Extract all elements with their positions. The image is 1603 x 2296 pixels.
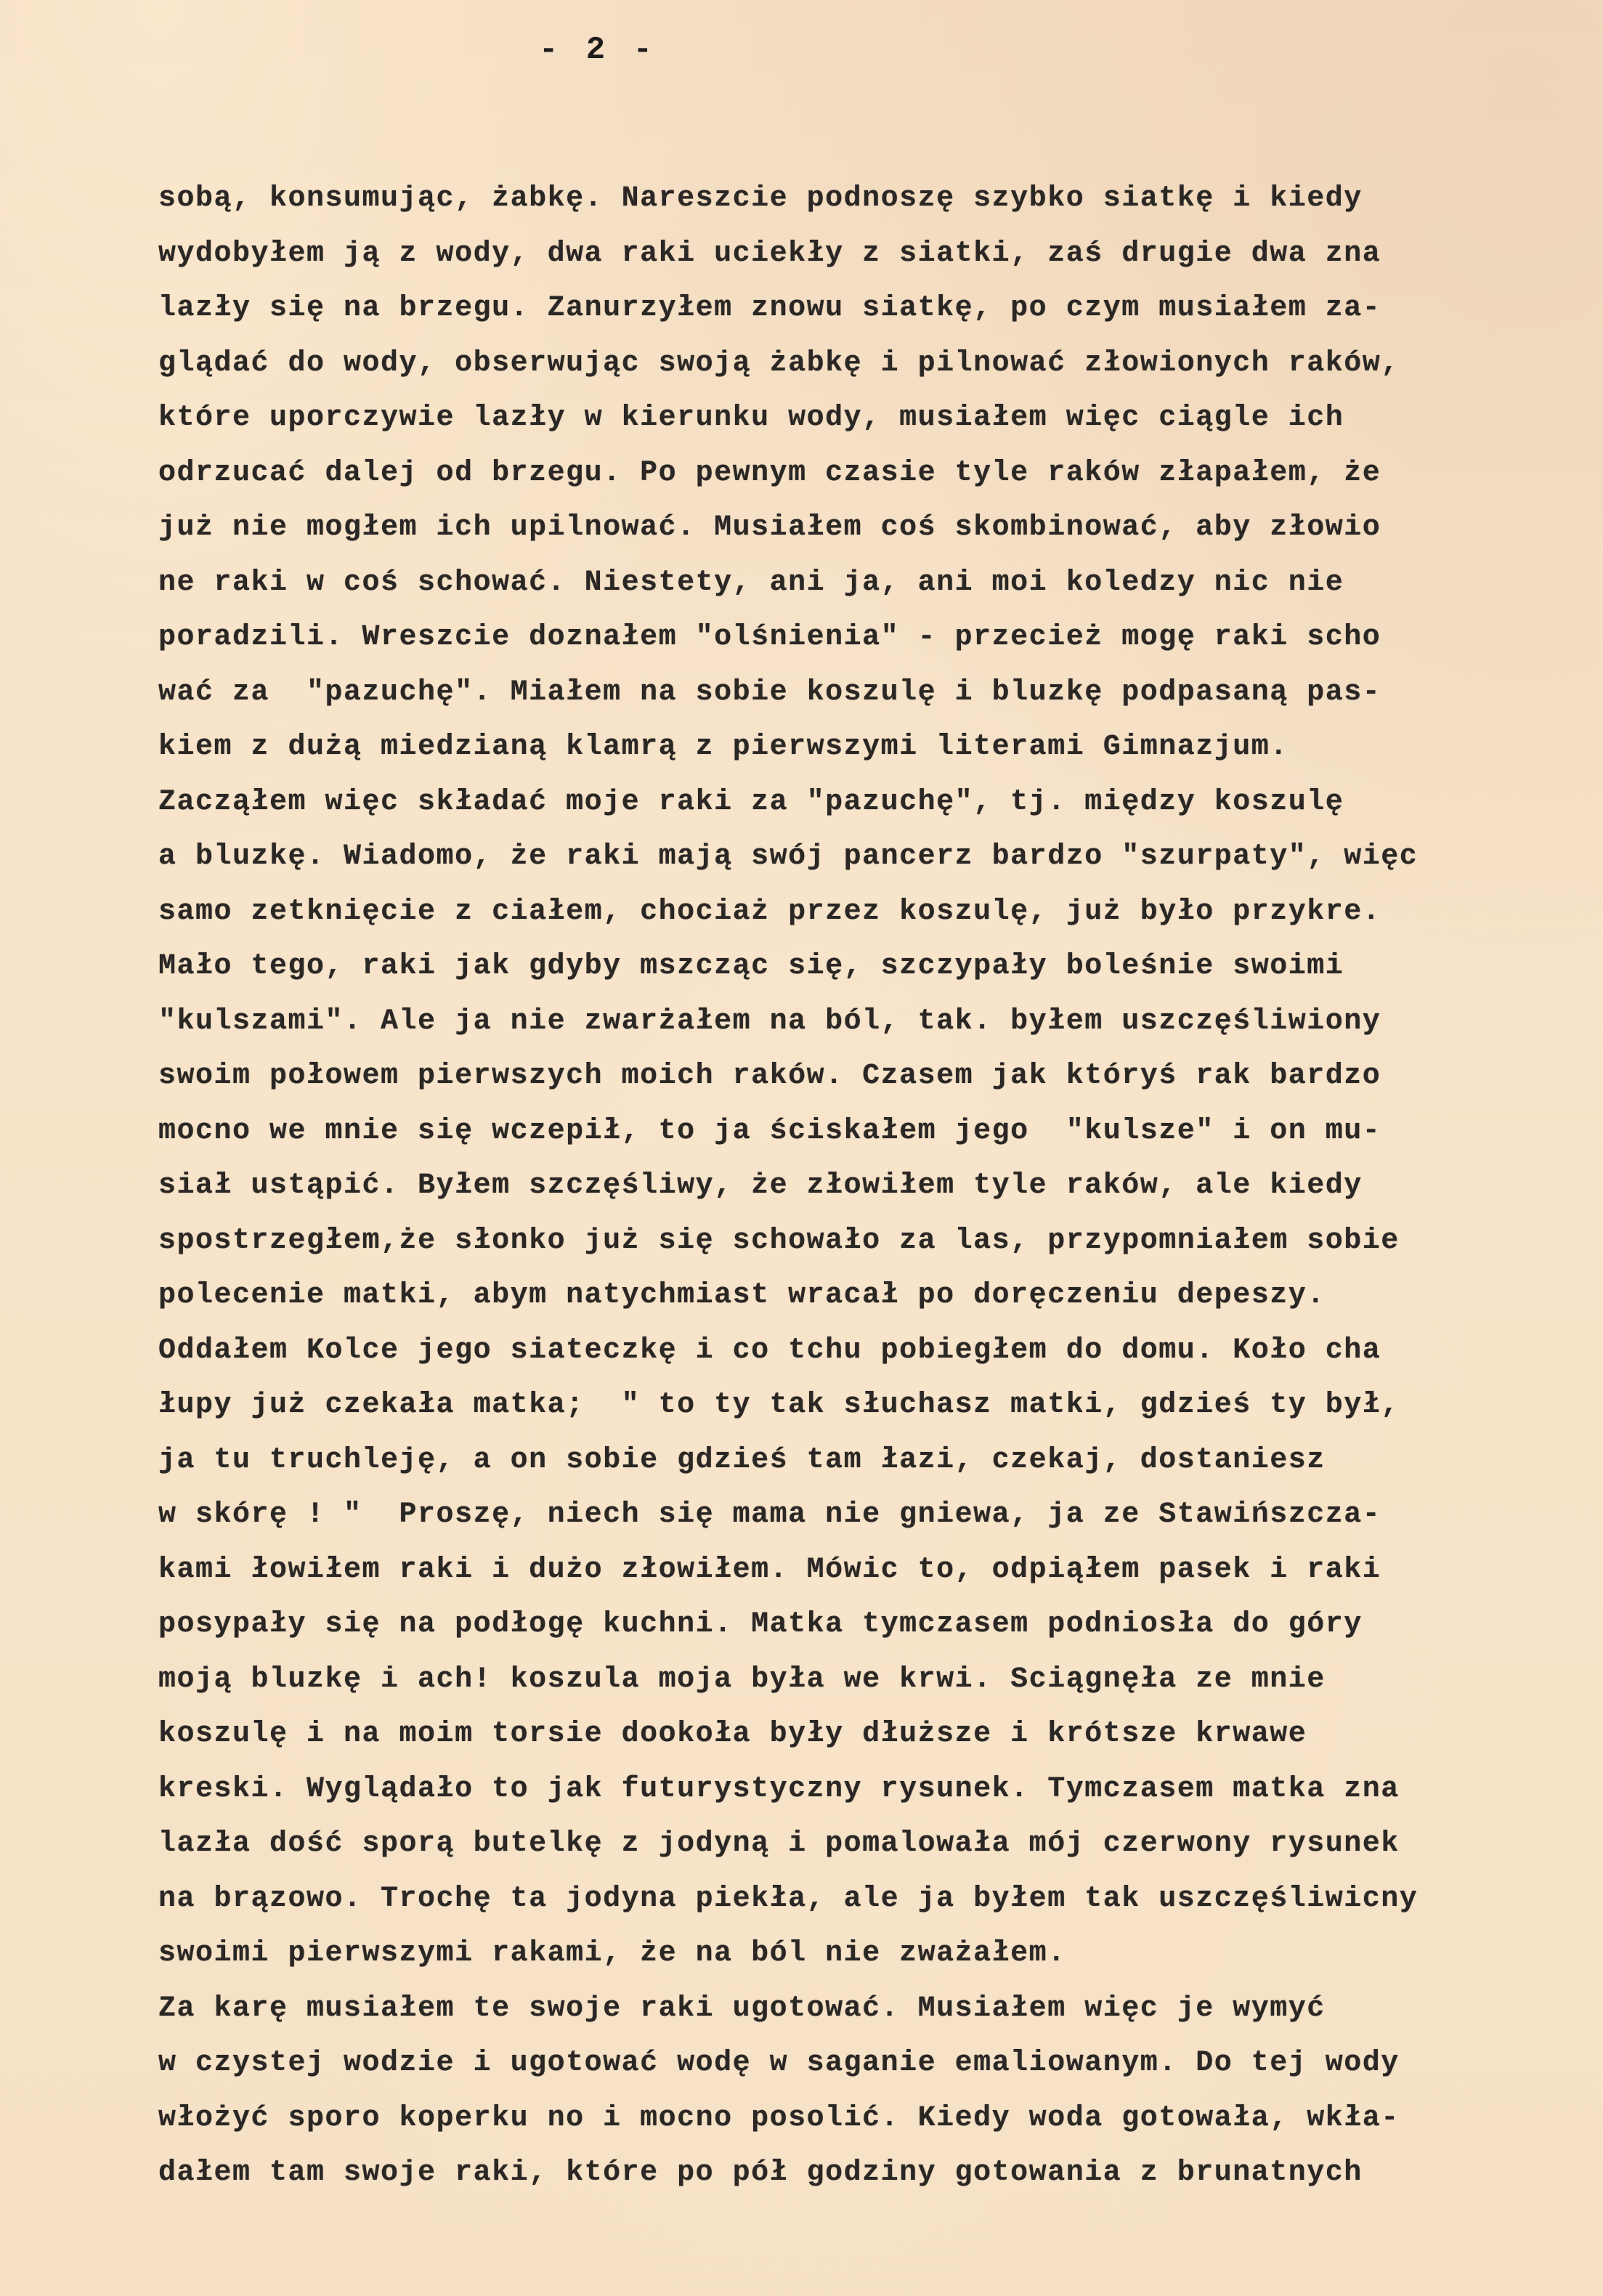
text-line: łupy już czekała matka; " to ty tak słuc… xyxy=(158,1378,1538,1433)
text-line: spostrzegłem,że słonko już się schowało … xyxy=(158,1214,1538,1269)
text-line: Za karę musiałem te swoje raki ugotować.… xyxy=(158,1981,1538,2037)
text-line: samo zetknięcie z ciałem, chociaż przez … xyxy=(158,885,1538,940)
text-line: sobą, konsumując, żabkę. Nareszcie podno… xyxy=(158,171,1538,227)
text-line: wać za "pazuchę". Miałem na sobie koszul… xyxy=(158,665,1538,721)
typewritten-page: - 2 - sobą, konsumując, żabkę. Nareszcie… xyxy=(0,0,1603,2296)
text-line: już nie mogłem ich upilnować. Musiałem c… xyxy=(158,500,1538,556)
text-line: poradzili. Wreszcie doznałem "olśnienia"… xyxy=(158,610,1538,665)
text-line: ja tu truchleję, a on sobie gdzieś tam ł… xyxy=(158,1433,1538,1488)
text-line: mocno we mnie się wczepił, to ja ściskał… xyxy=(158,1104,1538,1159)
text-line: swoim połowem pierwszych moich raków. Cz… xyxy=(158,1049,1538,1104)
text-line: "kulszami". Ale ja nie zwarżałem na ból,… xyxy=(158,994,1538,1050)
text-line: Oddałem Kolce jego siateczkę i co tchu p… xyxy=(158,1323,1538,1379)
text-line: a bluzkę. Wiadomo, że raki mają swój pan… xyxy=(158,829,1538,885)
text-line: siał ustąpić. Byłem szczęśliwy, że złowi… xyxy=(158,1159,1538,1214)
text-line: Zacząłem więc składać moje raki za "pazu… xyxy=(158,775,1538,830)
text-line: kiem z dużą miedzianą klamrą z pierwszym… xyxy=(158,720,1538,775)
text-line: kreski. Wyglądało to jak futurystyczny r… xyxy=(158,1762,1538,1817)
text-line: odrzucać dalej od brzegu. Po pewnym czas… xyxy=(158,446,1538,501)
text-line: w skórę ! " Proszę, niech się mama nie g… xyxy=(158,1488,1538,1543)
text-line: polecenie matki, abym natychmiast wracał… xyxy=(158,1268,1538,1323)
text-line: włożyć sporo koperku no i mocno posolić.… xyxy=(158,2091,1538,2146)
text-line: dałem tam swoje raki, które po pół godzi… xyxy=(158,2146,1538,2201)
text-line: wydobyłem ją z wody, dwa raki uciekły z … xyxy=(158,227,1538,282)
text-line: glądać do wody, obserwując swoją żabkę i… xyxy=(158,336,1538,392)
text-line: kami łowiłem raki i dużo złowiłem. Mówic… xyxy=(158,1543,1538,1598)
text-line: które uporczywie lazły w kierunku wody, … xyxy=(158,391,1538,446)
text-line: swoimi pierwszymi rakami, że na ból nie … xyxy=(158,1926,1538,1981)
text-line: lazła dość sporą butelkę z jodyną i poma… xyxy=(158,1817,1538,1872)
text-line: Mało tego, raki jak gdyby mszcząc się, s… xyxy=(158,939,1538,994)
body-text: sobą, konsumując, żabkę. Nareszcie podno… xyxy=(158,171,1538,2201)
text-line: na brązowo. Trochę ta jodyna piekła, ale… xyxy=(158,1872,1538,1927)
text-line: lazły się na brzegu. Zanurzyłem znowu si… xyxy=(158,281,1538,336)
text-line: w czystej wodzie i ugotować wodę w sagan… xyxy=(158,2036,1538,2091)
page-number: - 2 - xyxy=(539,32,657,68)
text-line: koszulę i na moim torsie dookoła były dł… xyxy=(158,1707,1538,1762)
text-line: ne raki w coś schować. Niestety, ani ja,… xyxy=(158,556,1538,611)
text-line: moją bluzkę i ach! koszula moja była we … xyxy=(158,1652,1538,1708)
text-line: posypały się na podłogę kuchni. Matka ty… xyxy=(158,1597,1538,1652)
